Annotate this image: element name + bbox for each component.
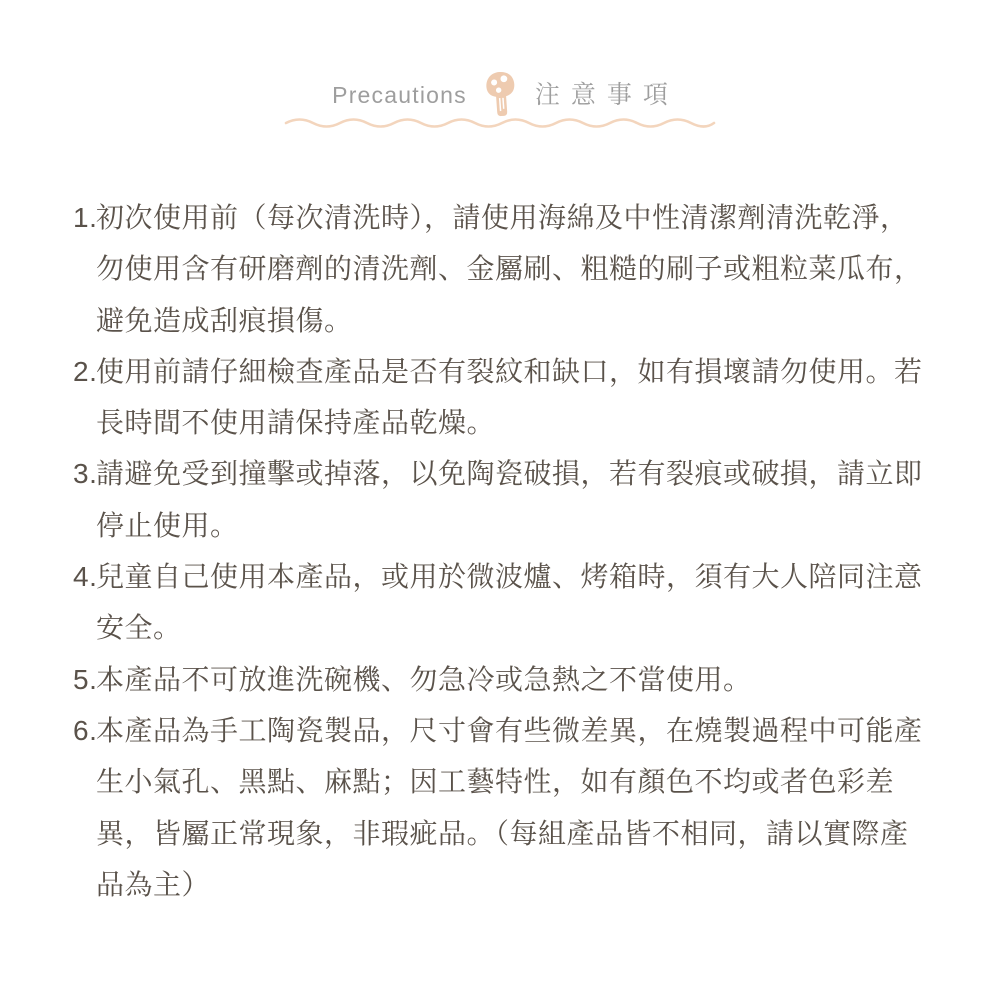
list-item-text: 使用前請仔細檢查產品是否有裂紋和缺口，如有損壞請勿使用。若長時間不使用請保持產品… <box>96 346 931 449</box>
precautions-list: 1. 初次使用前（每次清洗時），請使用海綿及中性清潔劑清洗乾淨，勿使用含有研磨劑… <box>73 192 931 910</box>
precautions-page: Precautions 注意事項 <box>0 0 1000 997</box>
list-item: 3. 請避免受到撞擊或掉落，以免陶瓷破損，若有裂痕或破損，請立即停止使用。 <box>73 448 931 551</box>
list-item-number: 1. <box>73 192 96 243</box>
list-item-number: 5. <box>73 654 96 705</box>
list-item-number: 6. <box>73 705 96 756</box>
list-item-number: 4. <box>73 551 96 602</box>
list-item-number: 3. <box>73 448 96 499</box>
mushroom-icon <box>485 70 517 120</box>
list-item: 1. 初次使用前（每次清洗時），請使用海綿及中性清潔劑清洗乾淨，勿使用含有研磨劑… <box>73 192 931 346</box>
wavy-divider <box>284 114 716 132</box>
list-item-text: 本產品不可放進洗碗機、勿急冷或急熱之不當使用。 <box>96 654 931 705</box>
page-title-en: Precautions <box>332 84 467 107</box>
page-title-zh: 注意事項 <box>535 83 679 108</box>
list-item-text: 兒童自己使用本產品，或用於微波爐、烤箱時，須有大人陪同注意安全。 <box>96 551 931 654</box>
list-item-text: 請避免受到撞擊或掉落，以免陶瓷破損，若有裂痕或破損，請立即停止使用。 <box>96 448 931 551</box>
list-item: 2. 使用前請仔細檢查產品是否有裂紋和缺口，如有損壞請勿使用。若長時間不使用請保… <box>73 346 931 449</box>
list-item: 6. 本產品為手工陶瓷製品，尺寸會有些微差異，在燒製過程中可能產生小氣孔、黑點、… <box>73 705 931 910</box>
list-item: 5. 本產品不可放進洗碗機、勿急冷或急熱之不當使用。 <box>73 654 931 705</box>
list-item-text: 本產品為手工陶瓷製品，尺寸會有些微差異，在燒製過程中可能產生小氣孔、黑點、麻點；… <box>96 705 931 910</box>
list-item-text: 初次使用前（每次清洗時），請使用海綿及中性清潔劑清洗乾淨，勿使用含有研磨劑的清洗… <box>96 192 931 346</box>
list-item-number: 2. <box>73 346 96 397</box>
list-item: 4. 兒童自己使用本產品，或用於微波爐、烤箱時，須有大人陪同注意安全。 <box>73 551 931 654</box>
